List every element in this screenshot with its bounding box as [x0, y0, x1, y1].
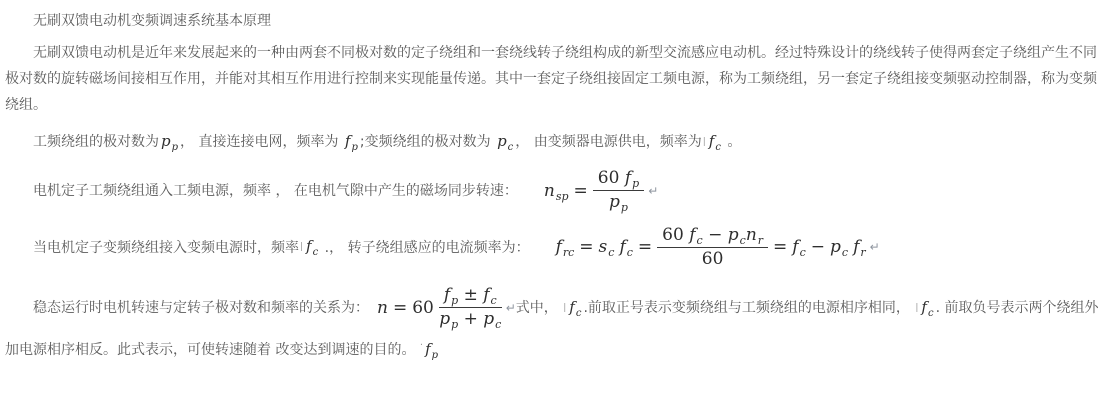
var-sub: c — [627, 246, 633, 259]
var-sub: p — [351, 142, 357, 153]
var-sub: c — [313, 247, 319, 258]
fraction: 60 fc − pcnr60 — [657, 225, 768, 271]
fraction-numerator: fp ± fc — [439, 285, 502, 308]
var-base: p — [161, 132, 171, 150]
plus-minus-sign: ± — [458, 285, 483, 305]
relation-seg1: 稳态运行时电机转速与定转子极对数和频率的关系为： — [33, 300, 369, 316]
coefficient: 60 — [412, 295, 434, 321]
var-base: f — [619, 237, 625, 257]
formula-lhs: nsp — [544, 178, 569, 204]
return-mark-icon: ↵ — [504, 301, 516, 315]
var-base: n — [544, 181, 555, 201]
return-mark-icon: ↵ — [868, 240, 880, 254]
formula-sync-speed: nsp=60 fppp — [544, 168, 644, 214]
pole-seg5: 。 — [723, 134, 741, 150]
page-title: 无刷双馈电动机变频调速系统基本原理 — [5, 8, 1102, 34]
var-fc: fc — [304, 237, 320, 255]
var-sub: r — [860, 246, 865, 259]
equals-sign: = — [773, 234, 787, 260]
var-base: p — [497, 132, 507, 150]
rotor-seg2: .， 转子绕组感应的电流频率为： — [320, 239, 529, 255]
var-base: p — [830, 237, 841, 257]
var-base: f — [306, 237, 312, 255]
var-sub: c — [842, 246, 848, 259]
relation-seg3: .前取正号表示变频绕组与工频绕组的电源相序相同， — [583, 300, 914, 316]
plus-sign: + — [458, 309, 483, 329]
fraction-denominator: pp — [593, 191, 644, 213]
var-base: f — [556, 237, 562, 257]
formula-rotor-frequency: frc=scfc=60 fc − pcnr60=fc−pcfr — [556, 225, 866, 271]
coefficient: 60 — [662, 225, 689, 245]
var-sub: c — [491, 294, 497, 307]
var-sub: rc — [563, 246, 574, 259]
var-base: f — [689, 225, 695, 245]
equals-sign: = — [579, 234, 593, 260]
var-base: f — [921, 298, 927, 316]
var-fc: fc — [707, 132, 723, 150]
var-sub: p — [172, 142, 178, 153]
var-pc: pc — [495, 132, 515, 150]
equals-sign: = — [393, 295, 407, 321]
var-base: f — [853, 237, 859, 257]
var-base: n — [377, 295, 388, 321]
var-base: f — [709, 132, 715, 150]
var-fp: fp — [423, 340, 440, 358]
paragraph-rotor-frequency: 当电机定子变频绕组接入变频电源时，频率|fc .， 转子绕组感应的电流频率为：f… — [5, 223, 1102, 273]
term-fr: fr — [853, 234, 866, 260]
var-base: p — [439, 309, 450, 329]
relation-seg2: 式中， — [516, 300, 562, 316]
var-base: p — [609, 192, 620, 212]
sync-seg1: 电机定子工频绕组通入工频电源，频率 ， 在电机气隙中产生的磁场同步转速： — [33, 183, 518, 199]
var-base: f — [792, 237, 798, 257]
paragraph-sync-speed: 电机定子工频绕组通入工频电源，频率 ， 在电机气隙中产生的磁场同步转速：nsp=… — [5, 166, 1102, 216]
minus-sign: − — [811, 234, 825, 260]
var-pp: pp — [159, 132, 180, 150]
term-pc: pc — [830, 234, 848, 260]
var-sub: p — [621, 201, 628, 214]
intro-text: 无刷双馈电动机是近年来发展起来的一种由两套不同极对数的定子绕组和一套绕线转子绕组… — [5, 45, 1097, 113]
var-base: p — [728, 225, 739, 245]
var-fc: fc — [919, 298, 935, 316]
var-sub: sp — [556, 190, 569, 203]
rotor-seg1: 当电机定子变频绕组接入变频电源时，频率 — [33, 239, 299, 255]
formula-lhs: frc — [556, 234, 575, 260]
term-fc2: fc — [792, 234, 805, 260]
fraction-numerator: 60 fp — [593, 168, 644, 191]
var-base: n — [746, 225, 757, 245]
fraction-denominator: pp + pc — [439, 308, 502, 330]
var-sub: c — [928, 308, 934, 319]
equals-sign: = — [574, 178, 588, 204]
var-base: s — [599, 237, 608, 257]
var-sub: c — [608, 246, 614, 259]
var-sub: r — [758, 234, 763, 247]
paragraph-intro: 无刷双馈电动机是近年来发展起来的一种由两套不同极对数的定子绕组和一套绕线转子绕组… — [5, 40, 1102, 118]
var-sub: c — [715, 142, 721, 153]
minus-sign: − — [703, 225, 728, 245]
var-fp: fp — [343, 132, 360, 150]
paragraph-pole-pairs: 工频绕组的极对数为pp， 直接连接电网，频率为 fp;变频绕组的极对数为 pc，… — [5, 128, 1102, 155]
var-sub: c — [508, 142, 514, 153]
var-base: f — [345, 132, 351, 150]
formula-speed-relation: n=60fp ± fcpp + pc — [377, 285, 502, 331]
var-sub: p — [432, 350, 438, 361]
return-mark-icon: ↵ — [646, 184, 658, 198]
document-body: 无刷双馈电动机变频调速系统基本原理 无刷双馈电动机是近年来发展起来的一种由两套不… — [0, 0, 1108, 363]
coefficient: 60 — [598, 168, 625, 188]
term-fc: fc — [619, 234, 632, 260]
var-fc: fc — [567, 298, 583, 316]
term-sc: sc — [599, 234, 615, 260]
fraction-denominator: 60 — [657, 248, 768, 270]
var-base: f — [483, 285, 489, 305]
fraction-numerator: 60 fc − pcnr — [657, 225, 768, 248]
fraction: fp ± fcpp + pc — [439, 285, 502, 331]
var-sub: c — [576, 308, 582, 319]
var-sub: c — [800, 246, 806, 259]
pole-seg4: ， 由变频器电源供电，频率为 — [515, 134, 701, 150]
fraction: 60 fppp — [593, 168, 644, 214]
paragraph-speed-relation: 稳态运行时电机转速与定转子极对数和频率的关系为：n=60fp ± fcpp + … — [5, 283, 1102, 363]
var-sub: p — [632, 177, 639, 190]
equals-sign: = — [638, 234, 652, 260]
pole-seg1: 工频绕组的极对数为 — [33, 134, 159, 150]
var-base: f — [444, 285, 450, 305]
pole-seg3: ;变频绕组的极对数为 — [360, 134, 495, 150]
var-sub: c — [495, 318, 501, 331]
var-base: f — [425, 340, 431, 358]
var-base: p — [483, 309, 494, 329]
var-base: f — [569, 298, 575, 316]
pole-seg2: ， 直接连接电网，频率为 — [180, 134, 343, 150]
var-base: f — [625, 168, 631, 188]
